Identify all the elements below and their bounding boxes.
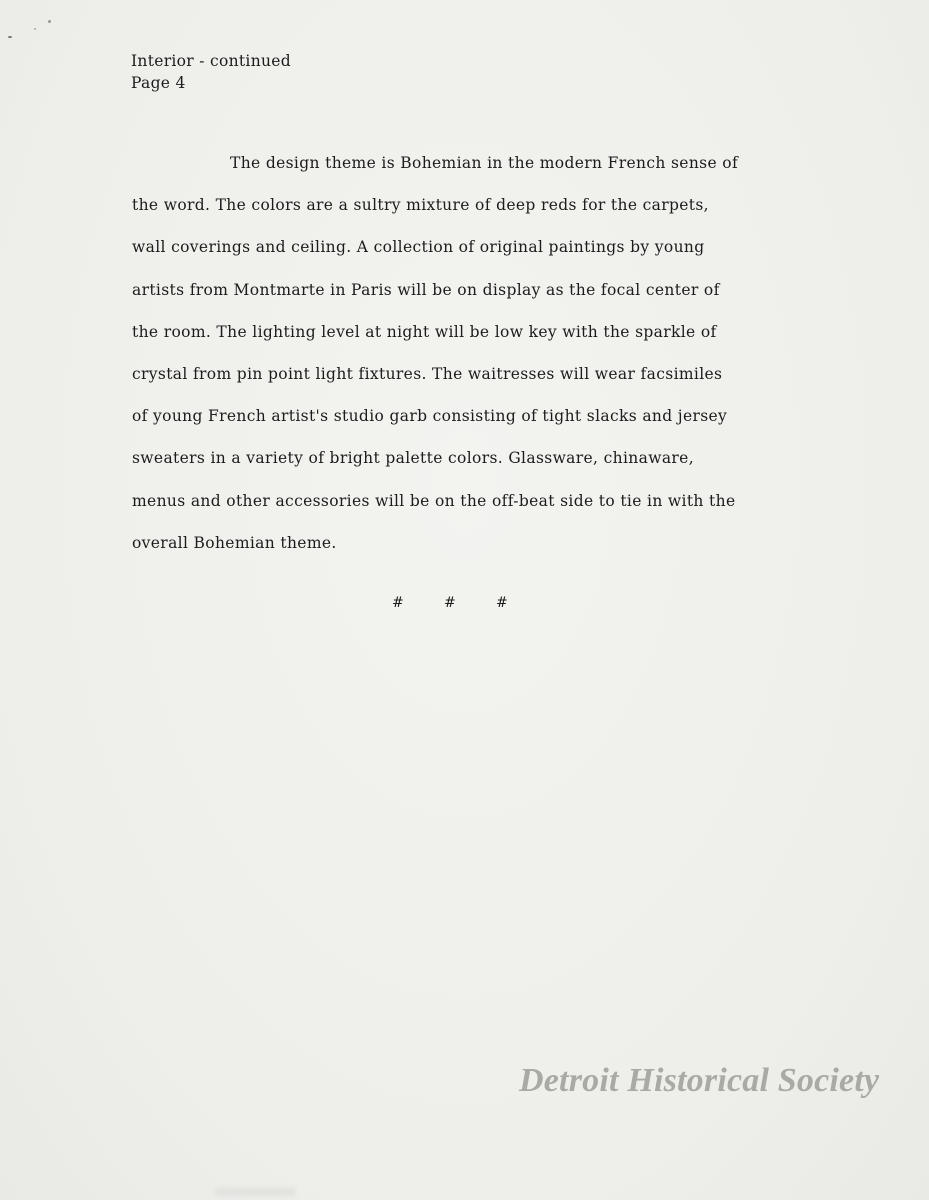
document-page: Interior - continued Page 4 The design t… <box>0 0 929 1200</box>
text-line: overall Bohemian theme. <box>132 530 832 572</box>
end-mark: # <box>496 595 508 611</box>
text-line: of young French artist's studio garb con… <box>132 403 832 445</box>
section-title: Interior - continued <box>131 50 291 72</box>
page-header: Interior - continued Page 4 <box>131 50 291 94</box>
text-line: crystal from pin point light fixtures. T… <box>132 361 832 403</box>
text-line: the room. The lighting level at night wi… <box>132 319 832 361</box>
paper-specks <box>6 16 66 46</box>
end-mark: # <box>444 595 456 611</box>
text-line: artists from Montmarte in Paris will be … <box>132 277 832 319</box>
text-line: menus and other accessories will be on t… <box>132 488 832 530</box>
paper-smudge <box>215 1188 295 1196</box>
text-line: sweaters in a variety of bright palette … <box>132 445 832 487</box>
body-paragraph: The design theme is Bohemian in the mode… <box>132 150 832 572</box>
watermark: Detroit Historical Society <box>519 1062 879 1100</box>
text-line: wall coverings and ceiling. A collection… <box>132 234 832 276</box>
text-line: The design theme is Bohemian in the mode… <box>132 150 832 192</box>
end-mark: # <box>392 595 404 611</box>
text-line: the word. The colors are a sultry mixtur… <box>132 192 832 234</box>
page-number: Page 4 <box>131 72 291 94</box>
